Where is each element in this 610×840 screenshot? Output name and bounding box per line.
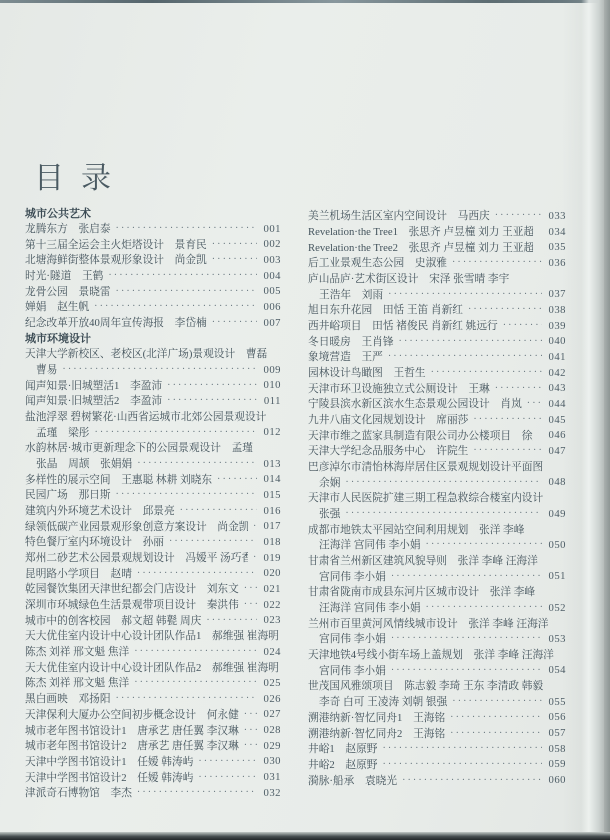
page-number: 028 <box>260 724 281 736</box>
dot-leader <box>212 239 257 251</box>
toc-section-header: 城市环境设计 <box>25 330 281 346</box>
toc-entry: 乾园餐饮集团天津世纪都会门店设计 刘东文021 <box>25 581 281 597</box>
dot-leader <box>495 210 542 222</box>
entry-text: 天津大学新校区、老校区(北洋广场)景观设计 曹磊 <box>25 346 267 361</box>
toc-entry: 天津市人民医院扩建三期工程急救综合楼室内设计 <box>308 490 566 506</box>
entry-text: 美兰机场生活区室内空间设计 马西庆 <box>308 208 490 223</box>
toc-entry: 九井八庙文化园规划设计 席丽莎045 <box>308 412 566 428</box>
dot-leader <box>116 223 257 235</box>
toc-entry: 天津中学图书馆设计1 任嫒 韩涛屿030 <box>25 754 281 770</box>
dot-leader <box>450 712 542 724</box>
entry-text: 冬日暖房 王肖锋 <box>308 334 394 349</box>
toc-entry: 黑白画映 邓扬阳026 <box>25 691 281 707</box>
entry-text: 天大优佳室内设计中心设计团队作品2 郝维强 崔海明 <box>25 660 279 675</box>
page-number: 030 <box>260 755 281 767</box>
toc-entry: 成都市地铁太平园站空间利用规划 张洋 李峰 <box>308 521 566 537</box>
toc-entry: 张强049 <box>308 506 566 522</box>
dot-leader <box>495 383 542 395</box>
dot-leader <box>198 772 257 784</box>
toc-entry: 象境营造 王严041 <box>308 349 566 365</box>
toc-entry: Revelation·the Tree1 张思齐 卢昱橦 刘力 王亚超034 <box>308 224 566 240</box>
entry-text: Revelation·the Tree2 张思齐 卢昱橦 刘力 王亚超 <box>308 240 533 255</box>
toc-entry: 溯港纳新·智忆同舟1 王海铭056 <box>308 710 566 726</box>
page-number: 012 <box>260 426 281 438</box>
toc-entry: 世茂国风雅颂项目 陈志毅 李琦 王东 李清政 韩毅 <box>308 678 566 694</box>
toc-entry: 民园广场 那日斯015 <box>25 487 281 503</box>
dot-leader <box>134 677 257 689</box>
dot-leader <box>244 725 257 737</box>
toc-entry: 城市中的创客校园 郝文超 韩甏 周庆023 <box>25 612 281 628</box>
entry-text: 闻声知景·旧城塑活1 李盈沛 <box>25 378 162 393</box>
entry-text: 溯港纳新·智忆同舟2 王海铭 <box>308 726 445 741</box>
page-number: 022 <box>260 599 281 611</box>
toc-entry: 宫同伟 李小娟054 <box>308 662 566 678</box>
page-number: 001 <box>260 223 281 235</box>
scanned-page: 目录 城市公共艺术龙腾东方 张启泰001第十三届全运会主火炬塔设计 景育民002… <box>0 0 610 840</box>
entry-text: 天津大学纪念品服务中心 许院生 <box>308 443 468 458</box>
entry-text: 民园广场 那日斯 <box>25 487 111 502</box>
toc-section-header: 城市公共艺术 <box>25 205 281 221</box>
toc-entry: 纪念改革开放40周年宣传海报 李岱楠007 <box>25 315 281 331</box>
page-number: 019 <box>260 552 281 564</box>
toc-entry: 闻声知景·旧城塑活1 李盈沛010 <box>25 377 281 393</box>
toc-entry: 第十三届全运会主火炬塔设计 景育民002 <box>25 236 281 252</box>
toc-entry: 水韵林居·城市更新理念下的公园景观设计 孟瑾 <box>25 440 281 456</box>
page-number: 029 <box>260 740 281 752</box>
entry-text: 城市环境设计 <box>25 330 91 346</box>
page-number: 007 <box>260 317 281 329</box>
entry-text: 象境营造 王严 <box>308 349 383 364</box>
toc-entry: 宫同伟 李小娟053 <box>308 631 566 647</box>
scan-edge-right-shadow <box>562 0 610 840</box>
entry-text: 绿领低碳产业园景观形象创意方案设计 尚金凯 <box>25 519 248 534</box>
entry-text: 多样性的展示空间 王惠聪 林耕 刘晓东 <box>25 472 212 487</box>
entry-text: 汪海洋 宫同伟 李小娟 <box>308 537 421 552</box>
toc-entry: 婵娟 赵生帆006 <box>25 299 281 315</box>
entry-text: 龙腾东方 张启泰 <box>25 221 111 236</box>
dot-leader <box>137 458 257 470</box>
entry-text: 园林设计鸟瞰图 王哲生 <box>308 365 426 380</box>
entry-text: 天津市维之蓝家具制造有限公司办公楼项目 徐鹏源 <box>308 428 533 443</box>
dot-leader <box>426 539 542 551</box>
toc-entry: 天津中学图书馆设计2 任嫒 韩涛屿031 <box>25 769 281 785</box>
toc-entry: 张晶 周颉 张娟娟013 <box>25 456 281 472</box>
page-number: 031 <box>260 771 281 783</box>
dot-leader <box>426 602 542 614</box>
dot-leader <box>538 430 542 442</box>
dot-leader <box>137 787 257 799</box>
dot-leader <box>108 270 257 282</box>
entry-text: 第十三届全运会主火炬塔设计 景育民 <box>25 237 207 252</box>
page-number: 004 <box>260 270 281 282</box>
dot-leader <box>402 775 542 787</box>
entry-text: 甘肃省兰州新区建筑风貌导则 张洋 李峰 汪海洋 <box>308 553 538 568</box>
entry-text: 城市公共艺术 <box>25 205 91 221</box>
dot-leader <box>217 474 257 486</box>
toc-entry: 汪海洋 宫同伟 李小娟052 <box>308 600 566 616</box>
entry-text: 宫同伟 李小娟 <box>308 663 386 678</box>
toc-entry: 天大优佳室内设计中心设计团队作品2 郝维强 崔海明 <box>25 659 281 675</box>
dot-leader <box>391 633 542 645</box>
toc-entry: 旭日东升花园 田恬 王笛 肖新红038 <box>308 302 566 318</box>
dot-leader <box>244 583 257 595</box>
entry-text: 井峪2 赵原野 <box>308 757 377 772</box>
dot-leader <box>134 646 257 658</box>
toc-entry: 西井峪项目 田恬 褚俊民 肖新红 姚远行039 <box>308 318 566 334</box>
toc-entry: 天大优佳室内设计中心设计团队作品1 郝维强 崔海明 <box>25 628 281 644</box>
entry-text: 盐池浮翠 碧树繁花·山西省运城市北郊公园景观设计 <box>25 409 266 424</box>
toc-entry: 宫同伟 李小娟051 <box>308 568 566 584</box>
entry-text: 水韵林居·城市更新理念下的公园景观设计 孟瑾 <box>25 440 253 455</box>
toc-entry: 特色餐厅室内环境设计 孙丽018 <box>25 534 281 550</box>
scan-edge-bottom <box>0 832 610 840</box>
toc-entry: 龙骨公园 景晓雷005 <box>25 283 281 299</box>
entry-text: 郑州二砂艺术公园景观规划设计 冯嫒平 汤巧香 <box>25 550 248 565</box>
dot-leader <box>198 756 257 768</box>
toc-entry: 陈杰 刘祥 邢文魁 焦洋024 <box>25 644 281 660</box>
toc-entry: 井峪2 赵原野059 <box>308 757 566 773</box>
entry-text: 西井峪项目 田恬 褚俊民 肖新红 姚远行 <box>308 318 498 333</box>
toc-entry: 宁陵县滨水新区滨水生态景观公园设计 肖岚044 <box>308 396 566 412</box>
toc-entry: 甘肃省陇南市成县东河片区城市设计 张洋 李峰 <box>308 584 566 600</box>
dot-leader <box>391 571 542 583</box>
entry-text: 陈杰 刘祥 邢文魁 焦洋 <box>25 675 129 690</box>
entry-text: 天津中学图书馆设计1 任嫒 韩涛屿 <box>25 754 193 769</box>
page-number: 020 <box>260 567 281 579</box>
entry-text: 兰州市百里黄河风情线城市设计 张洋 李峰 汪海洋 <box>308 616 548 631</box>
entry-text: 孟瑾 梁彤 <box>25 425 89 440</box>
dot-leader <box>167 395 257 407</box>
toc-entry: 冬日暖房 王肖锋040 <box>308 333 566 349</box>
entry-text: 特色餐厅室内环境设计 孙丽 <box>25 534 164 549</box>
entry-text: 陈杰 刘祥 邢文魁 焦洋 <box>25 644 129 659</box>
dot-leader <box>116 693 257 705</box>
toc-entry: 巴彦淖尔市清怡林海岸居住区景观规划设计平面图 <box>308 459 566 475</box>
toc-entry: 余娴048 <box>308 474 566 490</box>
toc-right-column: 美兰机场生活区室内空间设计 马西庆033Revelation·the Tree1… <box>308 208 566 788</box>
dot-leader <box>473 445 542 457</box>
toc-entry: 美兰机场生活区室内空间设计 马西庆033 <box>308 208 566 224</box>
entry-text: 成都市地铁太平园站空间利用规划 张洋 李峰 <box>308 522 524 537</box>
dot-leader <box>137 568 257 580</box>
entry-text: 李奇 白可 王凌涛 刘朝 银强 <box>308 694 447 709</box>
dot-leader <box>169 536 257 548</box>
toc-entry: 天津大学纪念品服务中心 许院生047 <box>308 443 566 459</box>
entry-text: 乾园餐饮集团天津世纪都会门店设计 刘东文 <box>25 581 239 596</box>
toc-entry: 曹易009 <box>25 362 281 378</box>
scan-edge-right <box>604 0 610 840</box>
toc-entry: 郑州二砂艺术公园景观规划设计 冯嫒平 汤巧香019 <box>25 550 281 566</box>
dot-leader <box>253 552 257 564</box>
dot-leader <box>503 320 542 332</box>
toc-entry: 甘肃省兰州新区建筑风貌导则 张洋 李峰 汪海洋 <box>308 553 566 569</box>
toc-left-column: 城市公共艺术龙腾东方 张启泰001第十三届全运会主火炬塔设计 景育民002北塘海… <box>25 205 281 801</box>
entry-text: 宫同伟 李小娟 <box>308 569 386 584</box>
entry-text: 天津地铁4号线小街车场上盖规划 张洋 李峰 汪海洋 <box>308 647 554 662</box>
dot-leader <box>116 489 257 501</box>
toc-entry: 天津市环卫设施独立式公厕设计 王琳043 <box>308 380 566 396</box>
dot-leader <box>206 615 257 627</box>
entry-text: 天津市环卫设施独立式公厕设计 王琳 <box>308 381 490 396</box>
dot-leader <box>538 242 542 254</box>
page-number: 024 <box>260 646 281 658</box>
entry-text: 昆明路小学项目 赵晴 <box>25 566 132 581</box>
entry-text: 庐山品庐·艺术街区设计 宋泽 张雪晴 李宇 <box>308 271 509 286</box>
page-number: 016 <box>260 505 281 517</box>
page-number: 006 <box>260 301 281 313</box>
toc-entry: 天津地铁4号线小街车场上盖规划 张洋 李峰 汪海洋 <box>308 647 566 663</box>
entry-text: 建筑内外环境艺术设计 邱景亮 <box>25 503 175 518</box>
dot-leader <box>212 254 257 266</box>
page-number: 023 <box>260 614 281 626</box>
dot-leader <box>244 740 257 752</box>
dot-leader <box>538 226 542 238</box>
dot-leader <box>382 743 542 755</box>
page-number: 015 <box>260 489 281 501</box>
entry-text: Revelation·the Tree1 张思齐 卢昱橦 刘力 王亚超 <box>308 224 533 239</box>
toc-entry: 建筑内外环境艺术设计 邱景亮016 <box>25 503 281 519</box>
entry-text: 张晶 周颉 张娟娟 <box>25 456 132 471</box>
entry-text: 甘肃省陇南市成县东河片区城市设计 张洋 李峰 <box>308 584 535 599</box>
page-number: 010 <box>260 379 281 391</box>
page-number: 003 <box>260 254 281 266</box>
toc-entry: 园林设计鸟瞰图 王哲生042 <box>308 365 566 381</box>
toc-entry: 时光·隧道 王鹤004 <box>25 268 281 284</box>
entry-text: 张强 <box>308 506 340 521</box>
entry-text: 旭日东升花园 田恬 王笛 肖新红 <box>308 302 463 317</box>
page-number: 027 <box>260 708 281 720</box>
entry-text: 城市中的创客校园 郝文超 韩甏 周庆 <box>25 613 201 628</box>
entry-text: 龙骨公园 景晓雷 <box>25 284 111 299</box>
toc-entry: 天津大学新校区、老校区(北洋广场)景观设计 曹磊 <box>25 346 281 362</box>
dot-leader <box>473 414 542 426</box>
dot-leader <box>527 398 542 410</box>
dot-leader <box>167 380 257 392</box>
dot-leader <box>62 364 257 376</box>
entry-text: 巴彦淖尔市清怡林海岸居住区景观规划设计平面图 <box>308 459 543 474</box>
toc-entry: 溯港纳新·智忆同舟2 王海铭057 <box>308 725 566 741</box>
page-number: 018 <box>260 536 281 548</box>
toc-entry: 井峪1 赵原野058 <box>308 741 566 757</box>
toc-entry: 津派奇石博物馆 李杰032 <box>25 785 281 801</box>
entry-text: 宁陵县滨水新区滨水生态景观公园设计 肖岚 <box>308 396 522 411</box>
toc-entry: 龙腾东方 张启泰001 <box>25 221 281 237</box>
entry-text: 天大优佳室内设计中心设计团队作品1 郝维强 崔海明 <box>25 628 279 643</box>
page-number: 017 <box>260 520 281 532</box>
entry-text: 深圳市环城绿色生活景观带项目设计 秦洪伟 <box>25 597 239 612</box>
scan-edge-top <box>0 0 610 3</box>
entry-text: 井峪1 赵原野 <box>308 741 377 756</box>
dot-leader <box>450 728 542 740</box>
entry-text: 宫同伟 李小娟 <box>308 631 386 646</box>
toc-entry: 北塘海鲜街整体景观形象设计 尚金凯003 <box>25 252 281 268</box>
entry-text: 时光·隧道 王鹤 <box>25 268 103 283</box>
dot-leader <box>244 599 257 611</box>
entry-text: 闻声知景·旧城塑活2 李盈沛 <box>25 393 162 408</box>
entry-text: 城市老年图书馆设计1 唐承艺 唐任翼 李汉琳 <box>25 723 239 738</box>
entry-text: 城市老年图书馆设计2 唐承艺 唐任翼 李汉琳 <box>25 738 239 753</box>
entry-text: 天津中学图书馆设计2 任嫒 韩涛屿 <box>25 770 193 785</box>
dot-leader <box>468 304 542 316</box>
entry-text: 北塘海鲜街整体景观形象设计 尚金凯 <box>25 252 207 267</box>
entry-text: 溯港纳新·智忆同舟1 王海铭 <box>308 710 445 725</box>
dot-leader <box>180 505 257 517</box>
toc-entry: 李奇 白可 王凌涛 刘朝 银强055 <box>308 694 566 710</box>
toc-entry: 王浩年 刘雨037 <box>308 286 566 302</box>
dot-leader <box>345 477 542 489</box>
toc-entry: Revelation·the Tree2 张思齐 卢昱橦 刘力 王亚超035 <box>308 239 566 255</box>
toc-entry: 城市老年图书馆设计2 唐承艺 唐任翼 李汉琳029 <box>25 738 281 754</box>
dot-leader <box>116 286 257 298</box>
dot-leader <box>94 427 257 439</box>
page-number: 032 <box>260 787 281 799</box>
page-number: 005 <box>260 285 281 297</box>
toc-entry: 陈杰 刘祥 邢文魁 焦洋025 <box>25 675 281 691</box>
dot-leader <box>431 367 542 379</box>
page-number: 013 <box>260 458 281 470</box>
page-number: 026 <box>260 693 281 705</box>
dot-leader <box>388 289 542 301</box>
dot-leader <box>253 521 257 533</box>
page-number: 014 <box>260 473 281 485</box>
toc-entry: 庐山品庐·艺术街区设计 宋泽 张雪晴 李宇 <box>308 271 566 287</box>
entry-text: 余娴 <box>308 475 340 490</box>
toc-entry: 孟瑾 梁彤012 <box>25 424 281 440</box>
dot-leader <box>244 709 257 721</box>
entry-text: 后工业景观生态公园 史淑雅 <box>308 255 447 270</box>
entry-text: 黑白画映 邓扬阳 <box>25 691 111 706</box>
toc-entry: 闻声知景·旧城塑活2 李盈沛011 <box>25 393 281 409</box>
entry-text: 曹易 <box>25 362 57 377</box>
entry-text: 九井八庙文化园规划设计 席丽莎 <box>308 412 468 427</box>
page-number: 011 <box>260 395 281 407</box>
toc-entry: 汪海洋 宫同伟 李小娟050 <box>308 537 566 553</box>
entry-text: 津派奇石博物馆 李杰 <box>25 785 132 800</box>
toc-entry: 盐池浮翠 碧树繁花·山西省运城市北郊公园景观设计 <box>25 409 281 425</box>
dot-leader <box>345 508 542 520</box>
dot-leader <box>94 301 257 313</box>
page-number: 002 <box>260 238 281 250</box>
dot-leader <box>452 696 542 708</box>
entry-text: 纪念改革开放40周年宣传海报 李岱楠 <box>25 315 207 330</box>
toc-entry: 兰州市百里黄河风情线城市设计 张洋 李峰 汪海洋 <box>308 615 566 631</box>
page-title: 目录 <box>34 153 128 197</box>
dot-leader <box>399 336 542 348</box>
toc-entry: 天津保利大厦办公空间初步概念设计 何永健027 <box>25 707 281 723</box>
page-number: 021 <box>260 583 281 595</box>
toc-entry: 深圳市环城绿色生活景观带项目设计 秦洪伟022 <box>25 597 281 613</box>
page-number: 025 <box>260 677 281 689</box>
toc-entry: 绿领低碳产业园景观形象创意方案设计 尚金凯017 <box>25 518 281 534</box>
entry-text: 王浩年 刘雨 <box>308 287 383 302</box>
entry-text: 天津市人民医院扩建三期工程急救综合楼室内设计 <box>308 490 543 505</box>
dot-leader <box>452 257 542 269</box>
toc-entry: 多样性的展示空间 王惠聪 林耕 刘晓东014 <box>25 471 281 487</box>
toc-entry: 昆明路小学项目 赵晴020 <box>25 565 281 581</box>
entry-text: 天津保利大厦办公空间初步概念设计 何永健 <box>25 707 239 722</box>
entry-text: 漪脉·船承 袁晓光 <box>308 773 397 788</box>
toc-entry: 城市老年图书馆设计1 唐承艺 唐任翼 李汉琳028 <box>25 722 281 738</box>
toc-entry: 天津市维之蓝家具制造有限公司办公楼项目 徐鹏源046 <box>308 427 566 443</box>
entry-text: 婵娟 赵生帆 <box>25 299 89 314</box>
entry-text: 汪海洋 宫同伟 李小娟 <box>308 600 421 615</box>
toc-entry: 漪脉·船承 袁晓光060 <box>308 772 566 788</box>
toc-entry: 后工业景观生态公园 史淑雅036 <box>308 255 566 271</box>
dot-leader <box>388 351 542 363</box>
dot-leader <box>212 317 257 329</box>
page-number: 009 <box>260 364 281 376</box>
dot-leader <box>391 665 542 677</box>
entry-text: 世茂国风雅颂项目 陈志毅 李琦 王东 李清政 韩毅 <box>308 678 543 693</box>
dot-leader <box>382 759 542 771</box>
